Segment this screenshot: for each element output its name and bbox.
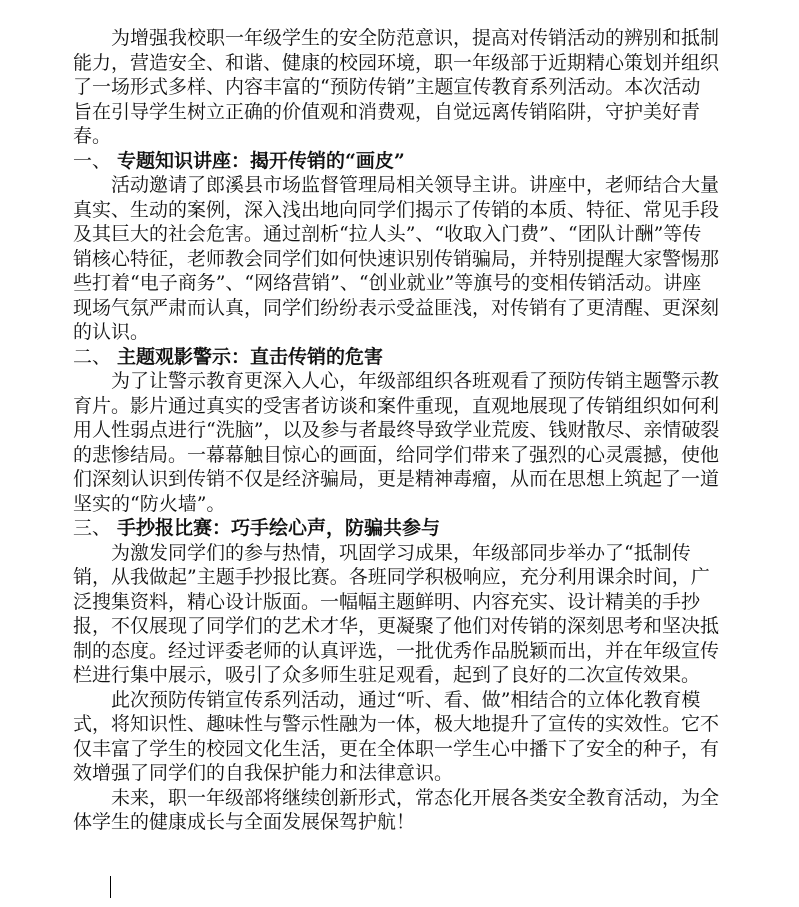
text-line: 的悲惨结局。一幕幕触目惊心的画面，给同学们带来了强烈的心灵震撼，使他 [73,443,733,468]
text-line: 春。 [73,124,733,149]
text-line: 了一场形式多样、内容丰富的“预防传销”主题宣传教育系列活动。本次活动 [73,75,733,100]
text-line: 式，将知识性、趣味性与警示性融为一体，极大地提升了宣传的实效性。它不 [73,712,733,737]
text-line: 育片。影片通过真实的受害者访谈和案件重现，直观地展现了传销组织如何利 [73,394,733,419]
section-heading-2: 二、主题观影警示：直击传销的危害 [73,345,733,370]
text-line: 制的态度。经过评委老师的认真评选，一批优秀作品脱颖而出，并在年级宣传 [73,639,733,664]
section-1-paragraph: 活动邀请了郎溪县市场监督管理局相关领导主讲。讲座中，老师结合大量 真实、生动的案… [73,173,733,345]
text-line: 为增强我校职一年级学生的安全防范意识，提高对传销活动的辨别和抵制 [73,26,733,51]
text-line: 坚实的“防火墙”。 [73,492,733,517]
section-heading-1: 一、专题知识讲座：揭开传销的“画皮” [73,149,733,174]
text-line: 销核心特征，老师教会同学们如何快速识别传销骗局，并特别提醒大家警惕那 [73,247,733,272]
closing-paragraph: 未来，职一年级部将继续创新形式，常态化开展各类安全教育活动，为全 体学生的健康成… [73,786,733,835]
section-title: 专题知识讲座：揭开传销的“画皮” [117,150,405,172]
text-line: 为激发同学们的参与热情，巩固学习成果，年级部同步举办了“抵制传 [73,541,733,566]
section-title: 主题观影警示：直击传销的危害 [117,346,383,368]
text-line: 些打着“电子商务”、“网络营销”、“创业就业”等旗号的变相传销活动。讲座 [73,271,733,296]
text-line: 的认识。 [73,320,733,345]
text-line: 活动邀请了郎溪县市场监督管理局相关领导主讲。讲座中，老师结合大量 [73,173,733,198]
text-line: 现场气氛严肃而认真，同学们纷纷表示受益匪浅，对传销有了更清醒、更深刻 [73,296,733,321]
text-line: 未来，职一年级部将继续创新形式，常态化开展各类安全教育活动，为全 [73,786,733,811]
text-line: 销，从我做起”主题手抄报比赛。各班同学积极响应，充分利用课余时间，广 [73,565,733,590]
text-line: 及其巨大的社会危害。通过剖析“拉人头”、“收取入门费”、“团队计酬”等传 [73,222,733,247]
section-heading-3: 三、手抄报比赛：巧手绘心声，防骗共参与 [73,516,733,541]
summary-paragraph: 此次预防传销宣传系列活动，通过“听、看、做”相结合的立体化教育模 式，将知识性、… [73,688,733,786]
text-line: 此次预防传销宣传系列活动，通过“听、看、做”相结合的立体化教育模 [73,688,733,713]
section-number: 三、 [73,516,117,541]
section-2-paragraph: 为了让警示教育更深入人心，年级部组织各班观看了预防传销主题警示教 育片。影片通过… [73,369,733,516]
text-line: 为了让警示教育更深入人心，年级部组织各班观看了预防传销主题警示教 [73,369,733,394]
text-line: 体学生的健康成长与全面发展保驾护航！ [73,810,733,835]
text-line: 报，不仅展现了同学们的艺术才华，更凝聚了他们对传销的深刻思考和坚决抵 [73,614,733,639]
text-line: 仅丰富了学生的校园文化生活，更在全体职一学生心中播下了安全的种子，有 [73,737,733,762]
text-line: 效增强了同学们的自我保护能力和法律意识。 [73,761,733,786]
text-cursor [110,876,111,898]
intro-paragraph: 为增强我校职一年级学生的安全防范意识，提高对传销活动的辨别和抵制 能力，营造安全… [73,26,733,149]
text-line: 们深刻认识到传销不仅是经济骗局，更是精神毒瘤，从而在思想上筑起了一道 [73,467,733,492]
section-number: 二、 [73,345,117,370]
text-line: 栏进行集中展示，吸引了众多师生驻足观看，起到了良好的二次宣传效果。 [73,663,733,688]
section-3-paragraph: 为激发同学们的参与热情，巩固学习成果，年级部同步举办了“抵制传 销，从我做起”主… [73,541,733,688]
text-line: 能力，营造安全、和谐、健康的校园环境，职一年级部于近期精心策划并组织 [73,51,733,76]
text-line: 旨在引导学生树立正确的价值观和消费观，自觉远离传销陷阱，守护美好青 [73,100,733,125]
text-line: 泛搜集资料，精心设计版面。一幅幅主题鲜明、内容充实、设计精美的手抄 [73,590,733,615]
document-body[interactable]: 为增强我校职一年级学生的安全防范意识，提高对传销活动的辨别和抵制 能力，营造安全… [73,26,733,835]
text-line: 真实、生动的案例，深入浅出地向同学们揭示了传销的本质、特征、常见手段 [73,198,733,223]
text-line: 用人性弱点进行“洗脑”，以及参与者最终导致学业荒废、钱财散尽、亲情破裂 [73,418,733,443]
section-number: 一、 [73,149,117,174]
section-title: 手抄报比赛：巧手绘心声，防骗共参与 [117,517,440,539]
